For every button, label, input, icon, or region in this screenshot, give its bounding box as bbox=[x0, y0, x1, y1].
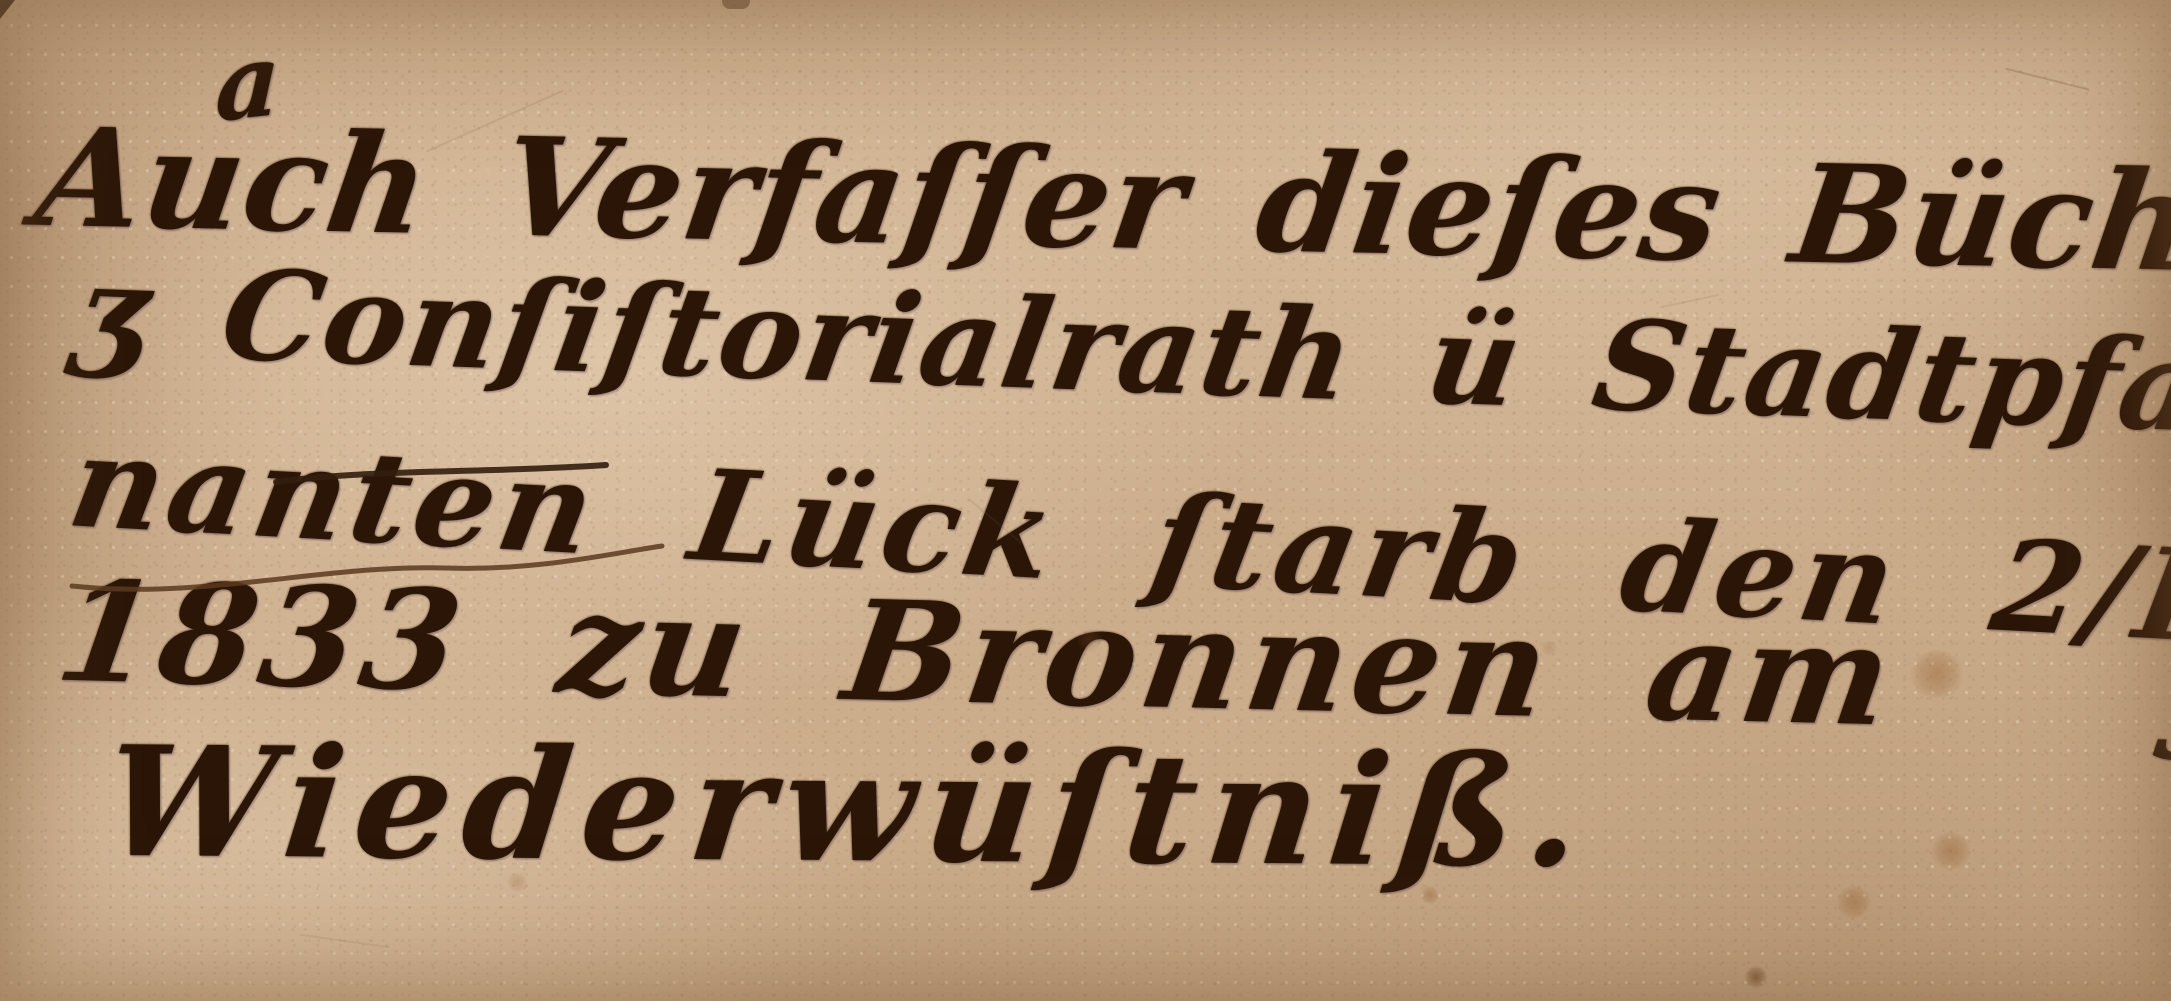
stain bbox=[1930, 832, 1972, 870]
stain bbox=[1744, 966, 1768, 988]
stain bbox=[1836, 886, 1872, 918]
manuscript-line-5: Wiederwüſtniß. bbox=[96, 712, 1603, 901]
edge-mark bbox=[722, 0, 750, 9]
paper-fiber bbox=[300, 934, 389, 949]
corner-chip bbox=[0, 0, 15, 19]
manuscript-page: a Auch Verfaſſer dieſes Büchels ʒ Conſiſ… bbox=[0, 0, 2171, 1001]
paper-fiber bbox=[2005, 68, 2089, 91]
